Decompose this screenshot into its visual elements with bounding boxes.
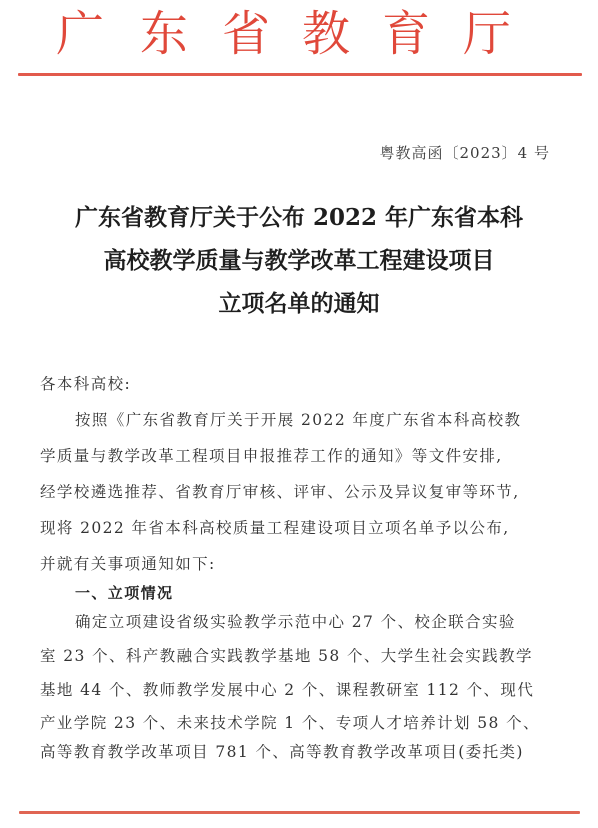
footer-divider	[19, 811, 580, 814]
document-title-line-2: 高校教学质量与教学改革工程建设项目	[0, 246, 598, 276]
masthead-char: 东	[140, 4, 188, 64]
masthead-char: 省	[222, 4, 270, 64]
masthead-char: 育	[382, 4, 430, 64]
body-line: 学质量与教学改革工程项目申报推荐工作的通知》等文件安排,	[40, 446, 560, 466]
masthead-char: 广	[56, 4, 104, 64]
body-line: 产业学院 23 个、未来技术学院 1 个、专项人才培养计划 58 个、	[40, 713, 560, 733]
masthead-char: 厅	[463, 4, 511, 64]
body-line: 经学校遴选推荐、省教育厅审核、评审、公示及异议复审等环节,	[40, 482, 560, 502]
body-line: 并就有关事项通知如下:	[40, 554, 560, 574]
document-title-line-1: 广东省教育厅关于公布 2022 年广东省本科	[0, 203, 598, 233]
body-line: 室 23 个、科产教融合实践教学基地 58 个、大学生社会实践教学	[40, 646, 560, 666]
masthead-char: 教	[302, 4, 350, 64]
document-number: 粤教高函〔2023〕4 号	[380, 143, 551, 163]
body-line: 高等教育教学改革项目 781 个、高等教育教学改革项目(委托类)	[40, 742, 560, 762]
body-line: 确定立项建设省级实验教学示范中心 27 个、校企联合实验	[75, 612, 560, 632]
body-line: 现将 2022 年省本科高校质量工程建设项目立项名单予以公布,	[40, 518, 560, 538]
salutation: 各本科高校:	[40, 374, 560, 394]
document-title-line-3: 立项名单的通知	[0, 289, 598, 319]
section-heading: 一、立项情况	[75, 583, 560, 603]
header-divider	[18, 73, 582, 76]
masthead: 广 东 省 教 育 厅	[0, 4, 598, 64]
body-line: 按照《广东省教育厅关于开展 2022 年度广东省本科高校教	[75, 410, 560, 430]
body-line: 基地 44 个、教师教学发展中心 2 个、课程教研室 112 个、现代	[40, 680, 560, 700]
